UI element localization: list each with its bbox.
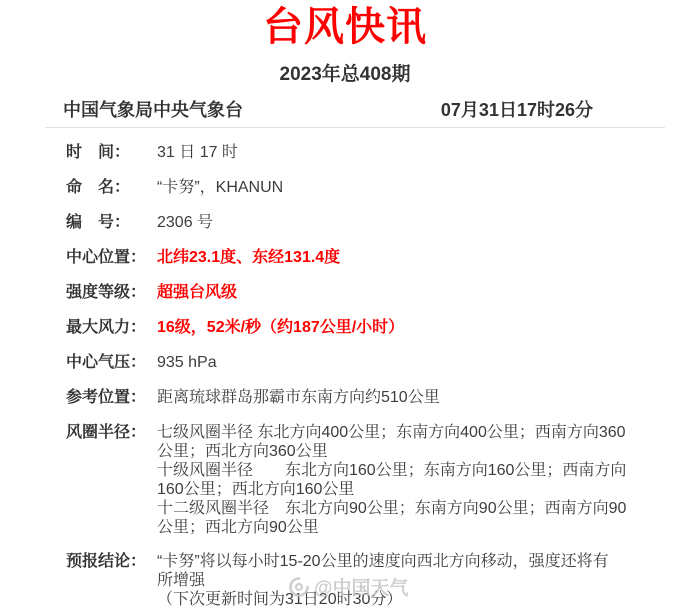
field-value: “卡努”，KHANUN xyxy=(157,178,283,198)
bulletin-fields: 时 间： 31 日 17 时 命 名： “卡努”，KHANUN 编 号： 230… xyxy=(0,128,690,609)
issue-datetime: 07月31日17时26分 xyxy=(441,100,593,120)
field-label: 命 名： xyxy=(66,178,157,198)
wind-circle-line: 十级风圈半径 东北方向160公里；东南方向160公里；西南方向 xyxy=(157,461,626,480)
forecast-line: 所增强 xyxy=(157,571,609,590)
field-value: 31 日 17 时 xyxy=(157,143,238,163)
wind-circle-line: 160公里；西北方向160公里 xyxy=(157,480,626,499)
agency-name: 中国气象局中央气象台 xyxy=(63,100,243,120)
field-label: 最大风力： xyxy=(66,318,157,338)
field-label: 中心气压： xyxy=(66,353,157,373)
wind-circle-line: 十二级风圈半径 东北方向90公里；东南方向90公里；西南方向90 xyxy=(157,499,626,518)
field-value: 七级风圈半径 东北方向400公里；东南方向400公里；西南方向360 公里；西北… xyxy=(157,423,626,537)
forecast-line: “卡努”将以每小时15-20公里的速度向西北方向移动，强度还将有 xyxy=(157,552,609,571)
field-value: 距离琉球群岛那霸市东南方向约510公里 xyxy=(157,388,440,408)
wind-circle-line: 七级风圈半径 东北方向400公里；东南方向400公里；西南方向360 xyxy=(157,423,626,442)
wind-circle-line: 公里；西北方向360公里 xyxy=(157,442,626,461)
field-row-central-pressure: 中心气压： 935 hPa xyxy=(0,353,690,373)
field-label: 中心位置： xyxy=(66,248,157,268)
field-row-forecast-conclusion: 预报结论： “卡努”将以每小时15-20公里的速度向西北方向移动，强度还将有 所… xyxy=(0,552,690,609)
field-value: 16级，52米/秒（约187公里/小时） xyxy=(157,318,404,338)
forecast-line: （下次更新时间为31日20时30分） xyxy=(157,590,609,609)
wind-circle-line: 公里；西北方向90公里 xyxy=(157,518,626,537)
field-row-center-position: 中心位置： 北纬23.1度、东经131.4度 xyxy=(0,248,690,268)
issue-number: 2023年总408期 xyxy=(0,64,690,86)
field-value: 超强台风级 xyxy=(157,283,237,303)
field-row-intensity-level: 强度等级： 超强台风级 xyxy=(0,283,690,303)
field-value: “卡努”将以每小时15-20公里的速度向西北方向移动，强度还将有 所增强 （下次… xyxy=(157,552,609,609)
field-value: 935 hPa xyxy=(157,353,217,373)
field-row-time: 时 间： 31 日 17 时 xyxy=(0,143,690,163)
field-label: 预报结论： xyxy=(66,552,157,609)
field-row-reference-position: 参考位置： 距离琉球群岛那霸市东南方向约510公里 xyxy=(0,388,690,408)
field-row-wind-circle-radius: 风圈半径： 七级风圈半径 东北方向400公里；东南方向400公里；西南方向360… xyxy=(0,423,690,537)
bulletin-header: 中国气象局中央气象台 07月31日17时26分 xyxy=(63,100,593,120)
field-label: 编 号： xyxy=(66,213,157,233)
field-row-max-wind: 最大风力： 16级，52米/秒（约187公里/小时） xyxy=(0,318,690,338)
field-label: 风圈半径： xyxy=(66,423,157,537)
bulletin-title: 台风快讯 xyxy=(0,0,690,49)
field-row-number: 编 号： 2306 号 xyxy=(0,213,690,233)
field-value: 2306 号 xyxy=(157,213,213,233)
field-value: 北纬23.1度、东经131.4度 xyxy=(157,248,340,268)
field-row-name: 命 名： “卡努”，KHANUN xyxy=(0,178,690,198)
field-label: 强度等级： xyxy=(66,283,157,303)
field-label: 时 间： xyxy=(66,143,157,163)
field-label: 参考位置： xyxy=(66,388,157,408)
